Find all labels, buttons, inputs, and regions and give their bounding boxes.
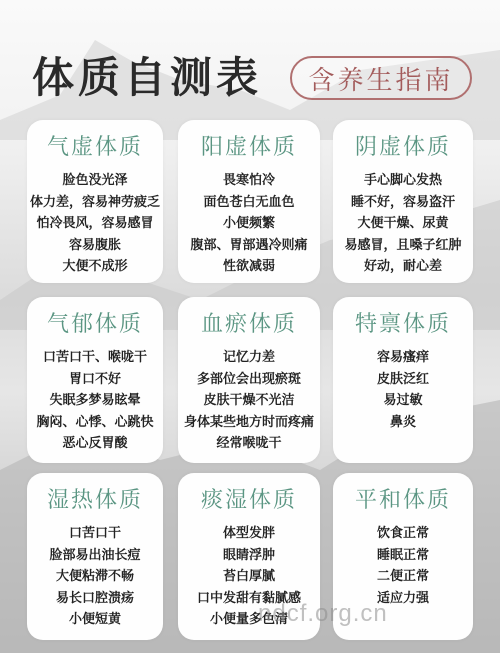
card-title: 平和体质 [355,485,451,517]
symptom: 体力差，容易神劳疲乏 [30,192,160,214]
symptom: 睡不好，容易盗汗 [351,192,455,214]
symptom: 手心脚心发热 [364,170,442,192]
card-title: 特禀体质 [355,309,451,341]
symptom: 易过敏 [383,390,422,412]
symptom: 腹部、胃部遇冷则痛 [190,235,307,257]
page-title: 体质自测表 [32,54,262,102]
symptom: 小便频繁 [223,213,275,235]
card-title: 血瘀体质 [201,309,297,341]
card-shire: 湿热体质 口苦口干 脸部易出油长痘 大便粘滞不畅 易长口腔溃疡 小便短黄 [27,473,163,640]
card-title: 阴虚体质 [355,132,451,164]
symptom: 胃口不好 [69,369,121,391]
symptom: 性欲减弱 [223,256,275,278]
symptom: 大便不成形 [62,256,127,278]
card-title: 阳虚体质 [201,132,297,164]
card-xueyu: 血瘀体质 记忆力差 多部位会出现瘀斑 皮肤干燥不光洁 身体某些地方时而疼痛 经常… [178,297,320,463]
card-yinxu: 阴虚体质 手心脚心发热 睡不好，容易盗汗 大便干燥、尿黄 易感冒，且嗓子红肿 好… [333,120,473,283]
card-title: 痰湿体质 [201,485,297,517]
symptom: 失眠多梦易眩晕 [49,390,140,412]
symptom: 畏寒怕冷 [223,170,275,192]
symptom: 口苦口干 [69,523,121,545]
card-qixu: 气虚体质 脸色没光泽 体力差，容易神劳疲乏 怕冷畏风，容易感冒 容易腹胀 大便不… [27,120,163,283]
symptom: 面色苍白无血色 [203,192,294,214]
card-title: 气虚体质 [47,132,143,164]
symptom: 恶心反胃酸 [62,433,127,455]
header: 体质自测表 含养生指南 [0,0,500,115]
card-title: 气郁体质 [47,309,143,341]
card-yangxu: 阳虚体质 畏寒怕冷 面色苍白无血色 小便频繁 腹部、胃部遇冷则痛 性欲减弱 [178,120,320,283]
symptom: 脸色没光泽 [62,170,127,192]
symptom: 鼻炎 [390,412,416,434]
symptom: 好动，耐心差 [364,256,442,278]
symptom: 易长口腔溃疡 [56,588,134,610]
symptom: 皮肤泛红 [377,369,429,391]
symptom: 身体某些地方时而疼痛 [184,412,314,434]
watermark: ndcf.org.cn [258,600,388,628]
symptom: 苔白厚腻 [223,566,275,588]
symptom: 大便干燥、尿黄 [357,213,448,235]
symptom: 容易腹胀 [69,235,121,257]
symptom: 二便正常 [377,566,429,588]
card-qiyu: 气郁体质 口苦口干、喉咙干 胃口不好 失眠多梦易眩晕 胸闷、心悸、心跳快 恶心反… [27,297,163,463]
symptom: 睡眠正常 [377,545,429,567]
card-tebing: 特禀体质 容易瘙痒 皮肤泛红 易过敏 鼻炎 [333,297,473,463]
symptom: 记忆力差 [223,347,275,369]
symptom: 怕冷畏风，容易感冒 [36,213,153,235]
symptom: 多部位会出现瘀斑 [197,369,301,391]
symptom: 体型发胖 [223,523,275,545]
symptom: 胸闷、心悸、心跳快 [36,412,153,434]
symptom: 容易瘙痒 [377,347,429,369]
symptom: 饮食正常 [377,523,429,545]
symptom: 经常喉咙干 [216,433,281,455]
symptom: 大便粘滞不畅 [56,566,134,588]
symptom: 易感冒，且嗓子红肿 [344,235,461,257]
symptom: 皮肤干燥不光洁 [203,390,294,412]
symptom: 口苦口干、喉咙干 [43,347,147,369]
symptom: 眼睛浮肿 [223,545,275,567]
card-title: 湿热体质 [47,485,143,517]
symptom: 脸部易出油长痘 [49,545,140,567]
guide-badge: 含养生指南 [290,56,472,100]
symptom: 小便短黄 [69,609,121,631]
